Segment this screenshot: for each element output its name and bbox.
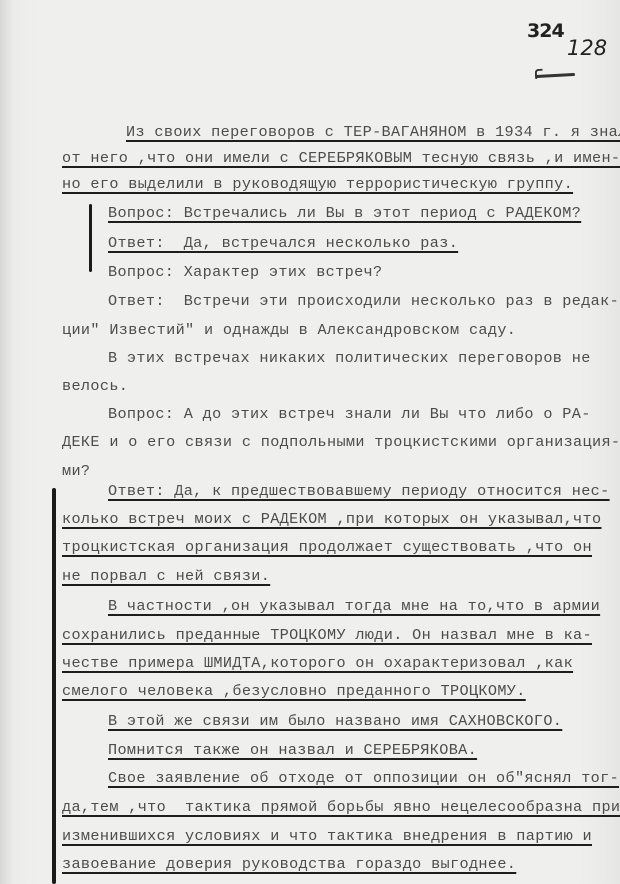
- text-line: троцкистская организация продолжает суще…: [62, 537, 592, 557]
- text-line: ми?: [62, 461, 90, 481]
- text-line: не порвал с ней связи.: [62, 566, 270, 586]
- margin-marker-line: [89, 204, 92, 272]
- text-line: ции" Известий" и однажды в Александровск…: [62, 320, 516, 340]
- text-line: сохранились преданные ТРОЦКОМУ люди. Он …: [62, 625, 592, 645]
- new-page-number: 128: [567, 36, 607, 60]
- text-line: изменившихся условиях и что тактика внед…: [62, 826, 592, 846]
- text-line: да,тем ,что тактика прямой борьбы явно н…: [62, 797, 620, 817]
- answer-line: Ответ: Да, встречался несколько раз.: [108, 233, 458, 253]
- text-line: смелого человека ,безусловно преданного …: [62, 681, 526, 701]
- old-page-number: 324: [527, 20, 564, 42]
- answer-line: Ответ: Встречи эти происходили несколько…: [108, 291, 619, 311]
- text-line: Помнится также он назвал и СЕРЕБРЯКОВА.: [108, 740, 477, 760]
- text-line: В этих встречах никаких политических пер…: [108, 348, 591, 368]
- question-line: Вопрос: Характер этих встреч?: [108, 262, 382, 282]
- text-line: В этой же связи им было названо имя САХН…: [108, 711, 562, 731]
- text-line: В частности ,он указывал тогда мне на то…: [108, 596, 600, 616]
- typewritten-document-page: 324 128 Из своих переговоров с ТЕР-ВАГАН…: [0, 0, 620, 884]
- margin-marker-line: [52, 488, 56, 884]
- text-line: завоевание доверия руководства гораздо в…: [62, 854, 516, 874]
- question-line: Вопрос: А до этих встреч знали ли Вы что…: [108, 404, 591, 424]
- text-line: ДЕКЕ и о его связи с подпольными троцкис…: [62, 432, 620, 452]
- handwritten-mark: [535, 73, 575, 78]
- text-line: честве примера ШМИДТА,которого он охарак…: [62, 653, 573, 673]
- text-line: колько встреч моих с РАДЕКОМ ,при которы…: [62, 509, 601, 529]
- answer-line: Ответ: Да, к предшествовавшему периоду о…: [108, 481, 610, 501]
- text-line: велось.: [62, 376, 128, 396]
- text-line: но его выделили в руководящую террористи…: [62, 174, 573, 194]
- text-line: Свое заявление об отходе от оппозиции он…: [108, 768, 619, 788]
- text-line: Из своих переговоров с ТЕР-ВАГАНЯНОМ в 1…: [126, 122, 620, 142]
- question-line: Вопрос: Встречались ли Вы в этот период …: [108, 203, 581, 223]
- text-line: от него ,что они имели с СЕРЕБРЯКОВЫМ те…: [62, 148, 620, 168]
